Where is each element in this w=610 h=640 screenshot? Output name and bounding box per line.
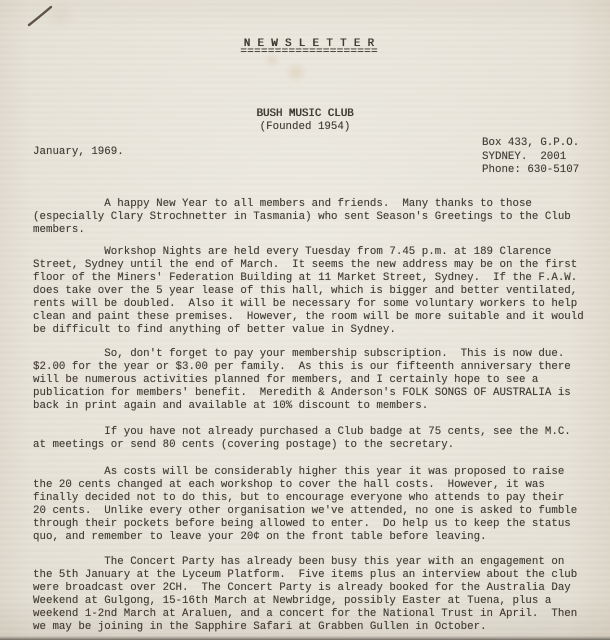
newsletter-page: N E W S L E T T E R ====================… (0, 0, 610, 640)
paragraph-workshop-nights: Workshop Nights are held every Tuesday f… (33, 246, 589, 337)
scan-edge-bottom (0, 636, 610, 640)
club-founded: (Founded 1954) (0, 121, 610, 134)
address-box-line: Box 433, G.P.O. (482, 137, 579, 151)
paragraph-workshop-costs: As costs will be considerably higher thi… (33, 466, 589, 544)
newsletter-masthead: N E W S L E T T E R ==================== (4, 0, 610, 70)
newsletter-title-underline: ==================== (4, 46, 610, 59)
address-city-line: SYDNEY. 2001 (482, 151, 579, 165)
address-block: Box 433, G.P.O. SYDNEY. 2001 Phone: 630-… (482, 137, 579, 178)
paragraph-new-year-greeting: A happy New Year to all members and frie… (33, 198, 589, 237)
paragraph-club-badge: If you have not already purchased a Club… (33, 426, 589, 452)
address-phone-line: Phone: 630-5107 (482, 164, 579, 178)
paragraph-concert-party: The Concert Party has already been busy … (33, 556, 589, 634)
club-name: BUSH MUSIC CLUB (0, 108, 610, 121)
paragraph-membership-subscription: So, don't forget to pay your membership … (33, 348, 589, 413)
issue-date: January, 1969. (33, 146, 124, 159)
